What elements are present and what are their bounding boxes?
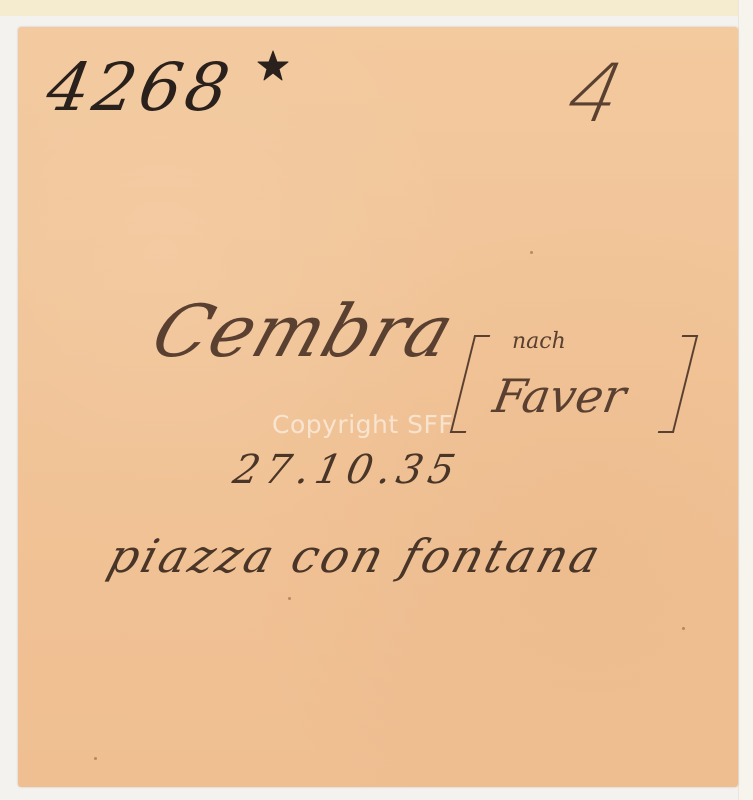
copyright-watermark: Copyright SFF: [272, 410, 453, 439]
description: piazza con fontana: [102, 529, 609, 583]
left-bracket: [450, 335, 490, 433]
bracket-note-upper: nach: [512, 329, 566, 354]
archival-card: 4268 4 Cembra nach Faver 27.10.35 piazza…: [18, 27, 738, 787]
bracket-note: nach Faver: [460, 327, 690, 439]
paper-speck: [530, 251, 533, 254]
paper-speck: [682, 627, 685, 630]
place-name: Cembra: [142, 289, 465, 373]
paper-speck: [288, 597, 291, 600]
star-icon: [256, 49, 290, 83]
date: 27.10.35: [229, 447, 465, 493]
corner-mark: 4: [551, 47, 640, 140]
right-bracket: [658, 335, 698, 433]
catalog-number: 4268: [41, 49, 239, 126]
top-paper-strip: [0, 0, 753, 16]
paper-speck: [94, 757, 97, 760]
bracket-note-lower: Faver: [489, 369, 630, 423]
right-paper-edge: [738, 0, 753, 800]
